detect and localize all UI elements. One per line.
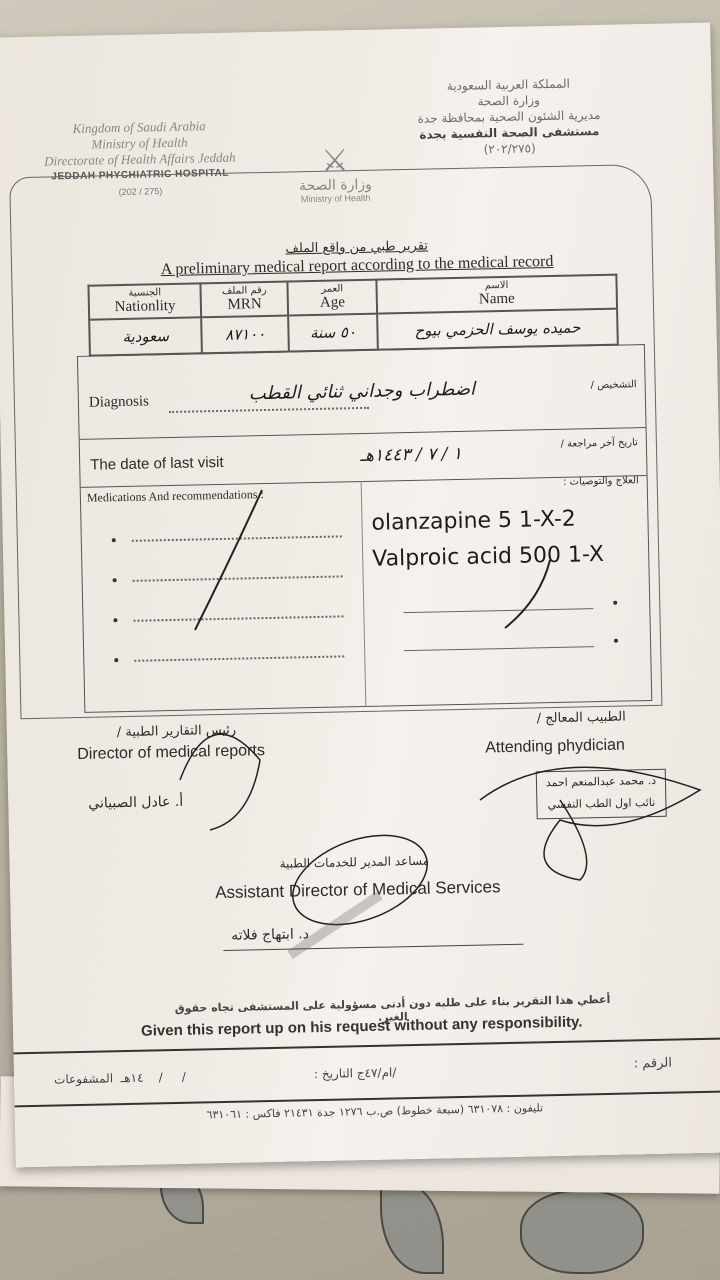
bullet <box>113 578 117 582</box>
column-mrn: رقم الملفMRN <box>201 282 288 318</box>
bullet <box>113 618 117 622</box>
attending-label-arabic: الطبيب المعالج / <box>536 710 625 727</box>
bullet <box>112 538 116 542</box>
report-form: تقرير طبي من واقع الملف A preliminary me… <box>56 194 659 358</box>
assistant-director-label: Assistant Director of Medical Services <box>215 877 501 903</box>
column-divider <box>361 481 367 706</box>
director-name: أ. عادل الصبياني <box>88 794 183 812</box>
diagnosis-label: Diagnosis <box>89 393 149 411</box>
last-visit-label-arabic: تاريخ آخر مراجعة / <box>560 437 638 450</box>
patient-info-table: الجنسيةNationlity رقم الملفMRN العمرAge … <box>87 274 618 357</box>
diagnosis-value: اضطراب وجداني ثنائي القطب <box>249 379 476 405</box>
value-name: حميده يوسف الحزمي بيوح <box>377 309 618 350</box>
attending-label: Attending phydician <box>485 737 625 758</box>
med-line-3 <box>133 615 343 621</box>
header-arabic: المملكة العربية السعودية وزارة الصحة مدي… <box>413 75 605 159</box>
med-line-2 <box>133 575 343 581</box>
medication-item-2: Valproic acid 500 1-X <box>372 542 604 572</box>
value-nationality: سعودية <box>89 317 202 355</box>
med-line-6 <box>404 646 594 651</box>
attending-stamp-name: د. محمد عبدالمنعم احمد <box>537 770 665 795</box>
column-age: العمرAge <box>288 280 378 316</box>
medical-report-page: Kingdom of Saudi Arabia Ministry of Heal… <box>0 23 720 1168</box>
assistant-director-label-arabic: مساعد المدير للخدمات الطبية <box>279 854 429 871</box>
fabric-leaf-decoration <box>380 1180 444 1274</box>
column-nationality: الجنسيةNationlity <box>88 283 201 319</box>
director-label: Director of medical reports <box>77 742 265 764</box>
medication-item-1: olanzapine 5 1-X-2 <box>371 507 576 536</box>
assistant-director-name: د. ابتهاج فلاته <box>231 926 309 944</box>
medications-label: Medications And recommendations : <box>87 487 264 506</box>
assistant-signature-line <box>223 944 523 951</box>
med-line-4 <box>134 655 344 661</box>
row-divider <box>81 475 647 488</box>
med-line-5 <box>403 608 593 613</box>
med-line-1 <box>132 535 342 541</box>
clinical-details-box: Diagnosis اضطراب وجداني ثنائي القطب التش… <box>77 344 652 713</box>
footer-date-label: /ام/٤٧ج التاريخ : <box>314 1065 397 1081</box>
value-mrn: ٨٧١٠٠ <box>201 316 289 354</box>
attending-stamp: د. محمد عبدالمنعم احمد نائب اول الطب الن… <box>536 769 667 820</box>
director-label-arabic: رئيس التقارير الطبية / <box>117 723 237 740</box>
bullet <box>114 658 118 662</box>
diagnosis-dotted-line <box>169 407 369 413</box>
last-visit-value: ١ / ٧ / ١٤٤٣هـ <box>360 444 462 466</box>
footer-divider <box>14 1037 720 1054</box>
last-visit-label: The date of last visit <box>90 454 224 474</box>
fabric-flower-decoration <box>520 1190 644 1274</box>
bullet <box>613 601 617 605</box>
column-name: الاسمName <box>376 275 617 314</box>
footer-date-value: / / ١٤هـ المشفوعات <box>54 1070 186 1087</box>
bullet <box>614 639 618 643</box>
value-age: ٥٠ سنة <box>288 314 378 352</box>
footer-number-label: الرقم : <box>634 1056 672 1072</box>
diagnosis-label-arabic: التشخيص / <box>591 379 637 391</box>
attending-stamp-title: نائب اول الطب النفسي <box>537 792 665 817</box>
medications-label-arabic: العلاج والتوصيات : <box>563 475 639 488</box>
